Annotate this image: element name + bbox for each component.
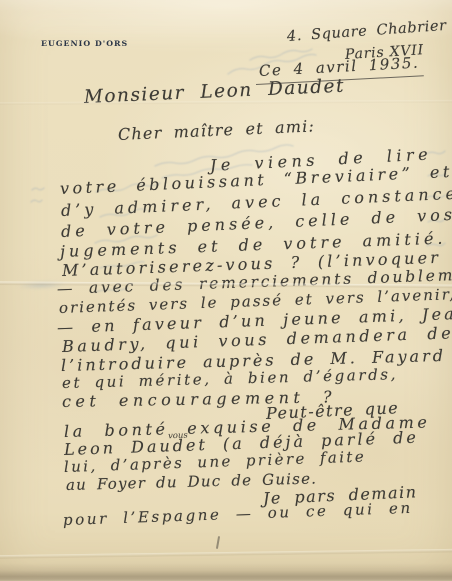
handwritten-line: pour l’Espagne — ou ce qui en <box>63 499 413 529</box>
fold-crease <box>0 549 452 559</box>
ink-stroke-mark <box>216 536 220 549</box>
letter-page: EUGENIO D'ORS 4. Square Chabrier Paris X… <box>0 0 452 581</box>
address-line-1: 4. Square Chabrier <box>286 18 447 45</box>
recipient-line: Monsieur Leon Daudet <box>84 76 346 108</box>
letterhead-text: EUGENIO D'ORS <box>41 39 128 48</box>
paper-bottom-edge-shadow <box>0 563 452 581</box>
salutation-line: Cher maître et ami: <box>118 116 316 144</box>
insertion-word: vous <box>168 431 188 442</box>
